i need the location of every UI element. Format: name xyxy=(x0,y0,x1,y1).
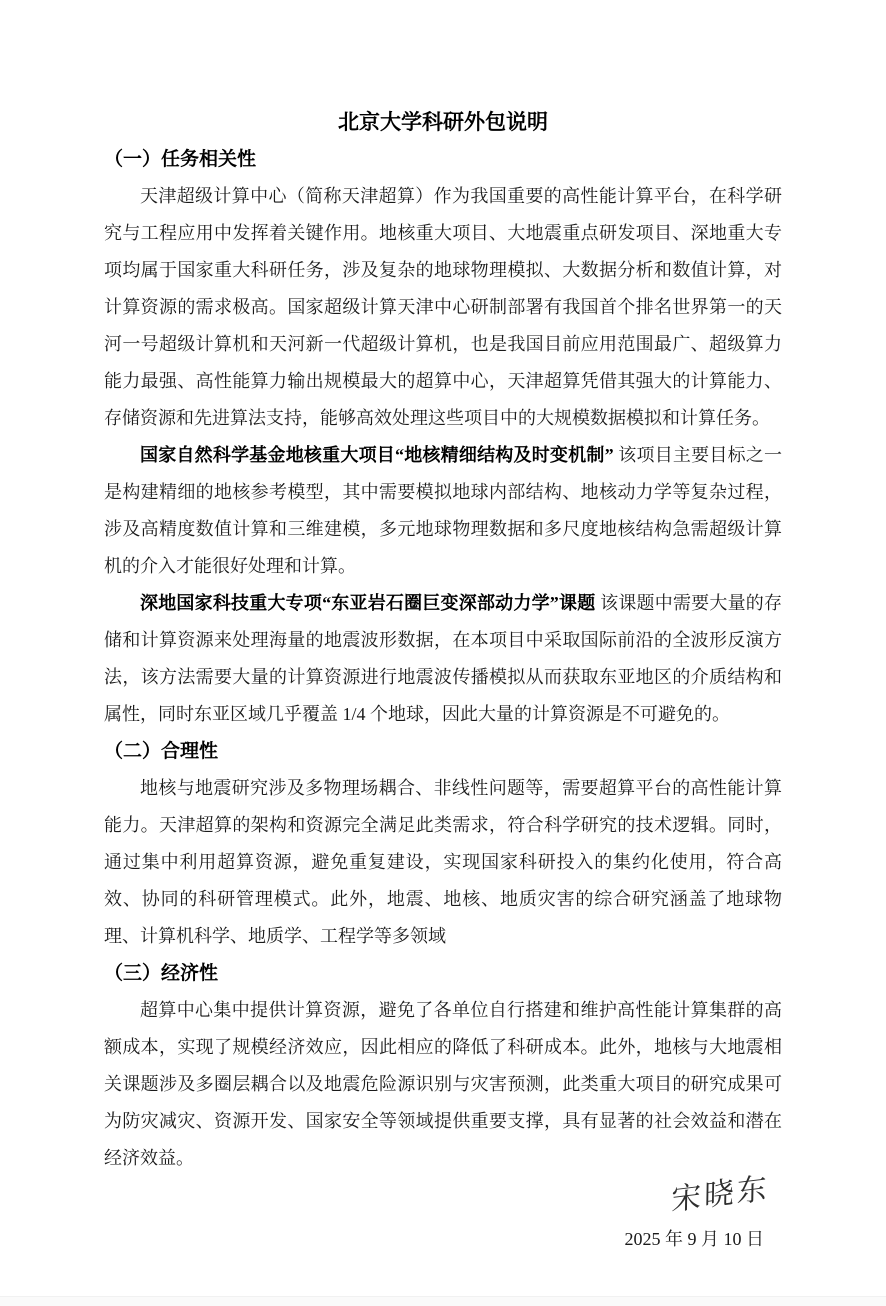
paragraph-rationality: 地核与地震研究涉及多物理场耦合、非线性问题等，需要超算平台的高性能计算能力。天津… xyxy=(104,770,782,955)
paragraph-nsfc-core-project: 国家自然科学基金地核重大项目“地核精细结构及时变机制” 该项目主要目标之一是构建… xyxy=(104,437,782,585)
paragraph-supercomputer-intro: 天津超级计算中心（简称天津超算）作为我国重要的高性能计算平台，在科学研究与工程应… xyxy=(104,178,782,437)
section-heading-rationality: （二）合理性 xyxy=(104,733,782,770)
handwritten-signature: 宋晓东 xyxy=(671,1163,770,1219)
document-page: 北京大学科研外包说明 （一）任务相关性 天津超级计算中心（简称天津超算）作为我国… xyxy=(0,0,886,1306)
paragraph-text: 超算中心集中提供计算资源，避免了各单位自行搭建和维护高性能计算集群的高额成本，实… xyxy=(104,1000,782,1168)
paragraph-bold-lead: 国家自然科学基金地核重大项目“地核精细结构及时变机制” xyxy=(140,445,614,465)
page-bottom-edge xyxy=(0,1296,886,1306)
document-title: 北京大学科研外包说明 xyxy=(104,104,782,141)
paragraph-text: 天津超级计算中心（简称天津超算）作为我国重要的高性能计算平台，在科学研究与工程应… xyxy=(104,186,782,428)
paragraph-economy: 超算中心集中提供计算资源，避免了各单位自行搭建和维护高性能计算集群的高额成本，实… xyxy=(104,992,782,1177)
signature-row: 宋晓东 xyxy=(104,1169,782,1221)
paragraph-bold-lead: 深地国家科技重大专项“东亚岩石圈巨变深部动力学”课题 xyxy=(140,593,595,613)
document-content: 北京大学科研外包说明 （一）任务相关性 天津超级计算中心（简称天津超算）作为我国… xyxy=(0,0,886,1258)
section-heading-economy: （三）经济性 xyxy=(104,955,782,992)
paragraph-text: 地核与地震研究涉及多物理场耦合、非线性问题等，需要超算平台的高性能计算能力。天津… xyxy=(104,778,782,946)
document-date: 2025 年 9 月 10 日 xyxy=(104,1221,782,1258)
section-heading-task-relevance: （一）任务相关性 xyxy=(104,141,782,178)
paragraph-deep-earth-project: 深地国家科技重大专项“东亚岩石圈巨变深部动力学”课题 该课题中需要大量的存储和计… xyxy=(104,585,782,733)
